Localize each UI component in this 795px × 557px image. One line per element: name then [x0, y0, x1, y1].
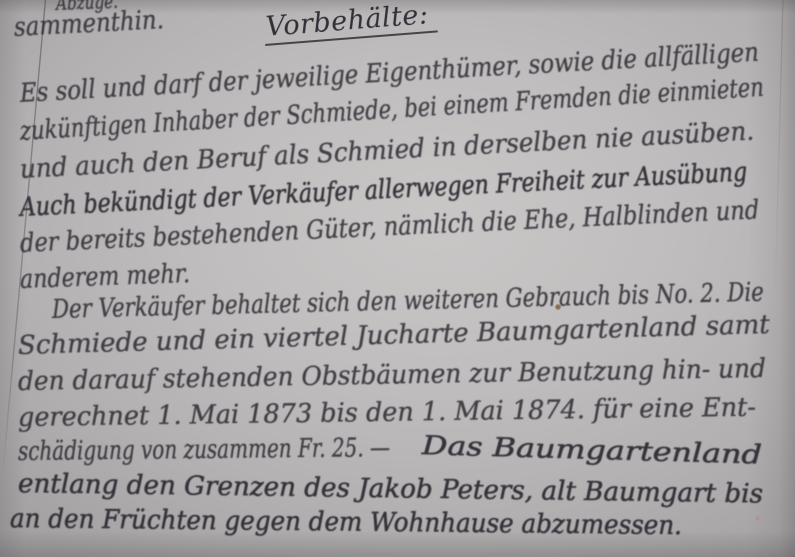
manuscript-photo: Abzüge. sammenthin. Vorbehälte: Es soll … [0, 0, 795, 557]
svg-text:sammenthin.: sammenthin. [13, 5, 164, 43]
manuscript-line: an den Früchten gegen dem Wohnhause abzu… [8, 497, 698, 548]
paper-speck [755, 516, 760, 521]
svg-text:an den Früchten gegen dem Wohn: an den Früchten gegen dem Wohnhause abzu… [10, 504, 682, 541]
manuscript-fragment-left: sammenthin. [11, 0, 183, 50]
svg-text:Das Baumgartenland: Das Baumgartenland [420, 431, 762, 471]
manuscript-title: Vorbehälte: [263, 0, 438, 46]
